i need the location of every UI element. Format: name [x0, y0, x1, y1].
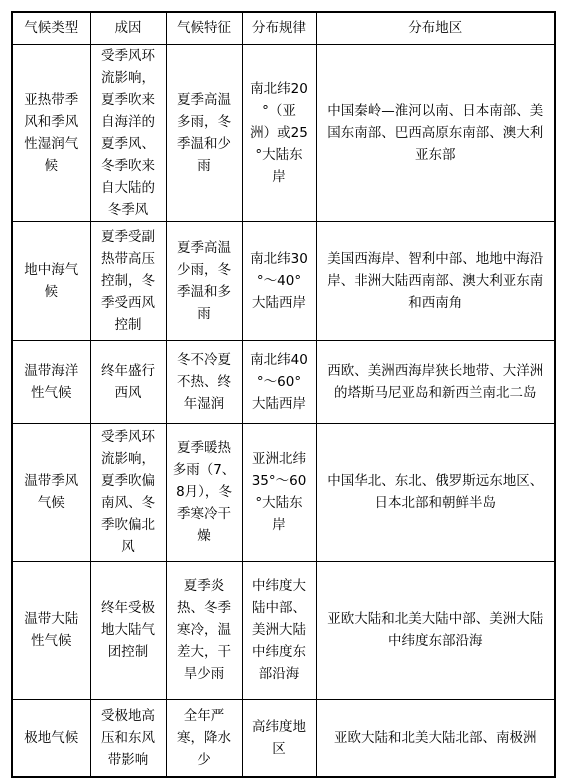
cell-features: 夏季炎热、冬季寒冷，温差大，干旱少雨: [166, 561, 242, 699]
cell-text-line: 夏季吹来: [94, 89, 163, 111]
cell-text-line: 自海洋的: [94, 111, 163, 133]
cell-text-line: 夏季风、: [94, 133, 163, 155]
cell-text-line: 寒冷，温: [170, 619, 239, 641]
cell-text-line: 的塔斯马尼亚岛和新西兰南北二岛: [320, 382, 552, 404]
cell-text-line: 南北纬20: [246, 78, 313, 100]
header-cause: 成因: [90, 12, 166, 44]
cell-text-line: °～60°: [246, 371, 313, 393]
cell-text-line: °大陆东: [246, 144, 313, 166]
cell-text-line: 压和东风: [94, 727, 163, 749]
cell-features: 夏季暖热多雨（7、8月），冬季寒冷干燥: [166, 423, 242, 561]
cell-text-line: 部沿海: [246, 663, 313, 685]
cell-text-line: 差大，干: [170, 641, 239, 663]
cell-text-line: 少: [170, 749, 239, 771]
cell-text-line: 性湿润气: [16, 133, 87, 155]
cell-text-line: °（亚: [246, 100, 313, 122]
cell-text-line: 终年受极: [94, 597, 163, 619]
cell-text-line: 性气候: [16, 382, 87, 404]
cell-text-line: 雨: [170, 155, 239, 177]
cell-text-line: 温带大陆: [16, 608, 87, 630]
table-row: 温带大陆性气候终年受极地大陆气团控制夏季炎热、冬季寒冷，温差大，干旱少雨中纬度大…: [12, 561, 555, 699]
cell-text-line: 全年严: [170, 705, 239, 727]
cell-distribution-regions: 亚欧大陆和北美大陆北部、南极洲: [316, 699, 555, 777]
cell-text-line: 寒，降水: [170, 727, 239, 749]
cell-text-line: 美洲大陆: [246, 619, 313, 641]
cell-text-line: 燥: [170, 525, 239, 547]
cell-text-line: 夏季吹偏: [94, 470, 163, 492]
cell-text-line: 旱少雨: [170, 663, 239, 685]
cell-text-line: 年湿润: [170, 393, 239, 415]
cell-text-line: 候: [16, 281, 87, 303]
cell-cause: 夏季受副热带高压控制，冬季受西风控制: [90, 221, 166, 340]
cell-text-line: 不热、终: [170, 371, 239, 393]
cell-features: 冬不冷夏不热、终年湿润: [166, 340, 242, 423]
cell-text-line: 岸: [246, 514, 313, 536]
cell-text-line: 季受西风: [94, 292, 163, 314]
cell-distribution-pattern: 亚洲北纬35°～60°大陆东岸: [242, 423, 316, 561]
cell-text-line: 亚东部: [320, 144, 552, 166]
cell-text-line: 受极地高: [94, 705, 163, 727]
cell-text-line: 多雨（7、: [170, 459, 239, 481]
cell-climate-type: 温带海洋性气候: [12, 340, 90, 423]
cell-text-line: 自大陆的: [94, 177, 163, 199]
cell-text-line: 候: [16, 155, 87, 177]
cell-text-line: 美国西海岸、智利中部、地地中海沿: [320, 248, 552, 270]
cell-text-line: 高纬度地: [246, 716, 313, 738]
cell-text-line: 中纬度大: [246, 575, 313, 597]
cell-text-line: 岸: [246, 166, 313, 188]
cell-text-line: 大陆西岸: [246, 292, 313, 314]
cell-text-line: °～40°: [246, 270, 313, 292]
cell-text-line: 和西南角: [320, 292, 552, 314]
cell-climate-type: 温带大陆性气候: [12, 561, 90, 699]
table-row: 温带海洋性气候终年盛行西风冬不冷夏不热、终年湿润南北纬40°～60°大陆西岸西欧…: [12, 340, 555, 423]
cell-text-line: 亚欧大陆和北美大陆中部、美洲大陆: [320, 608, 552, 630]
cell-text-line: 团控制: [94, 641, 163, 663]
cell-text-line: 洲）或25: [246, 122, 313, 144]
cell-text-line: 夏季炎: [170, 575, 239, 597]
cell-text-line: 季寒冷干: [170, 503, 239, 525]
cell-distribution-pattern: 中纬度大陆中部、美洲大陆中纬度东部沿海: [242, 561, 316, 699]
cell-text-line: 夏季高温: [170, 237, 239, 259]
cell-text-line: 中国秦岭—淮河以南、日本南部、美: [320, 100, 552, 122]
cell-distribution-regions: 西欧、美洲西海岸狭长地带、大洋洲的塔斯马尼亚岛和新西兰南北二岛: [316, 340, 555, 423]
cell-distribution-regions: 中国华北、东北、俄罗斯远东地区、日本北部和朝鲜半岛: [316, 423, 555, 561]
cell-features: 全年严寒，降水少: [166, 699, 242, 777]
table-row: 温带季风气候受季风环流影响，夏季吹偏南风、冬季吹偏北风夏季暖热多雨（7、8月），…: [12, 423, 555, 561]
cell-text-line: 季温和多: [170, 281, 239, 303]
cell-features: 夏季高温多雨，冬季温和少雨: [166, 44, 242, 221]
table-row: 极地气候受极地高压和东风带影响全年严寒，降水少高纬度地区亚欧大陆和北美大陆北部、…: [12, 699, 555, 777]
cell-text-line: 冬季吹来: [94, 155, 163, 177]
cell-text-line: 夏季高温: [170, 89, 239, 111]
header-features: 气候特征: [166, 12, 242, 44]
cell-text-line: 冬不冷夏: [170, 349, 239, 371]
cell-text-line: 气候: [16, 492, 87, 514]
cell-text-line: 风: [94, 536, 163, 558]
cell-text-line: 岸、非洲大陆西南部、澳大利亚东南: [320, 270, 552, 292]
cell-text-line: 流影响，: [94, 67, 163, 89]
cell-distribution-regions: 中国秦岭—淮河以南、日本南部、美国东南部、巴西高原东南部、澳大利亚东部: [316, 44, 555, 221]
cell-text-line: 冬季风: [94, 199, 163, 221]
cell-cause: 终年盛行西风: [90, 340, 166, 423]
cell-climate-type: 地中海气候: [12, 221, 90, 340]
header-climate-type: 气候类型: [12, 12, 90, 44]
cell-text-line: °大陆东: [246, 492, 313, 514]
cell-text-line: 中纬度东部沿海: [320, 630, 552, 652]
cell-text-line: 季温和少: [170, 133, 239, 155]
cell-text-line: 南北纬30: [246, 248, 313, 270]
header-distribution-regions: 分布地区: [316, 12, 555, 44]
cell-text-line: 受季风环: [94, 426, 163, 448]
cell-text-line: 国东南部、巴西高原东南部、澳大利: [320, 122, 552, 144]
cell-text-line: 地中海气: [16, 259, 87, 281]
cell-text-line: 地大陆气: [94, 619, 163, 641]
cell-text-line: 35°～60: [246, 470, 313, 492]
cell-text-line: 亚欧大陆和北美大陆北部、南极洲: [320, 727, 552, 749]
cell-distribution-pattern: 南北纬20°（亚洲）或25°大陆东岸: [242, 44, 316, 221]
cell-text-line: 风和季风: [16, 111, 87, 133]
cell-text-line: 极地气候: [16, 727, 87, 749]
cell-text-line: 日本北部和朝鲜半岛: [320, 492, 552, 514]
cell-text-line: 大陆西岸: [246, 393, 313, 415]
cell-text-line: 8月），冬: [170, 481, 239, 503]
cell-text-line: 热带高压: [94, 248, 163, 270]
cell-text-line: 中国华北、东北、俄罗斯远东地区、: [320, 470, 552, 492]
cell-climate-type: 极地气候: [12, 699, 90, 777]
table-row: 地中海气候夏季受副热带高压控制，冬季受西风控制夏季高温少雨，冬季温和多雨南北纬3…: [12, 221, 555, 340]
cell-text-line: 夏季受副: [94, 226, 163, 248]
cell-text-line: 西风: [94, 382, 163, 404]
cell-text-line: 温带季风: [16, 470, 87, 492]
cell-distribution-regions: 美国西海岸、智利中部、地地中海沿岸、非洲大陆西南部、澳大利亚东南和西南角: [316, 221, 555, 340]
cell-text-line: 控制: [94, 314, 163, 336]
table-row: 亚热带季风和季风性湿润气候受季风环流影响，夏季吹来自海洋的夏季风、冬季吹来自大陆…: [12, 44, 555, 221]
cell-text-line: 南北纬40: [246, 349, 313, 371]
cell-text-line: 温带海洋: [16, 360, 87, 382]
cell-text-line: 性气候: [16, 630, 87, 652]
cell-features: 夏季高温少雨，冬季温和多雨: [166, 221, 242, 340]
cell-text-line: 亚洲北纬: [246, 448, 313, 470]
cell-text-line: 西欧、美洲西海岸狭长地带、大洋洲: [320, 360, 552, 382]
cell-text-line: 受季风环: [94, 45, 163, 67]
cell-climate-type: 亚热带季风和季风性湿润气候: [12, 44, 90, 221]
cell-text-line: 控制，冬: [94, 270, 163, 292]
cell-text-line: 终年盛行: [94, 360, 163, 382]
cell-distribution-pattern: 南北纬30°～40°大陆西岸: [242, 221, 316, 340]
cell-text-line: 中纬度东: [246, 641, 313, 663]
cell-text-line: 南风、冬: [94, 492, 163, 514]
cell-text-line: 多雨，冬: [170, 111, 239, 133]
cell-text-line: 陆中部、: [246, 597, 313, 619]
cell-text-line: 带影响: [94, 749, 163, 771]
cell-cause: 终年受极地大陆气团控制: [90, 561, 166, 699]
cell-text-line: 热、冬季: [170, 597, 239, 619]
cell-text-line: 雨: [170, 303, 239, 325]
cell-text-line: 夏季暖热: [170, 437, 239, 459]
cell-cause: 受季风环流影响，夏季吹偏南风、冬季吹偏北风: [90, 423, 166, 561]
cell-cause: 受极地高压和东风带影响: [90, 699, 166, 777]
cell-text-line: 少雨，冬: [170, 259, 239, 281]
cell-climate-type: 温带季风气候: [12, 423, 90, 561]
cell-text-line: 亚热带季: [16, 89, 87, 111]
header-row: 气候类型 成因 气候特征 分布规律 分布地区: [12, 12, 555, 44]
cell-cause: 受季风环流影响，夏季吹来自海洋的夏季风、冬季吹来自大陆的冬季风: [90, 44, 166, 221]
cell-text-line: 区: [246, 738, 313, 760]
cell-distribution-pattern: 高纬度地区: [242, 699, 316, 777]
cell-text-line: 季吹偏北: [94, 514, 163, 536]
cell-text-line: 流影响，: [94, 448, 163, 470]
header-distribution-pattern: 分布规律: [242, 12, 316, 44]
cell-distribution-pattern: 南北纬40°～60°大陆西岸: [242, 340, 316, 423]
cell-distribution-regions: 亚欧大陆和北美大陆中部、美洲大陆中纬度东部沿海: [316, 561, 555, 699]
climate-types-table: 气候类型 成因 气候特征 分布规律 分布地区 亚热带季风和季风性湿润气候受季风环…: [11, 11, 556, 778]
